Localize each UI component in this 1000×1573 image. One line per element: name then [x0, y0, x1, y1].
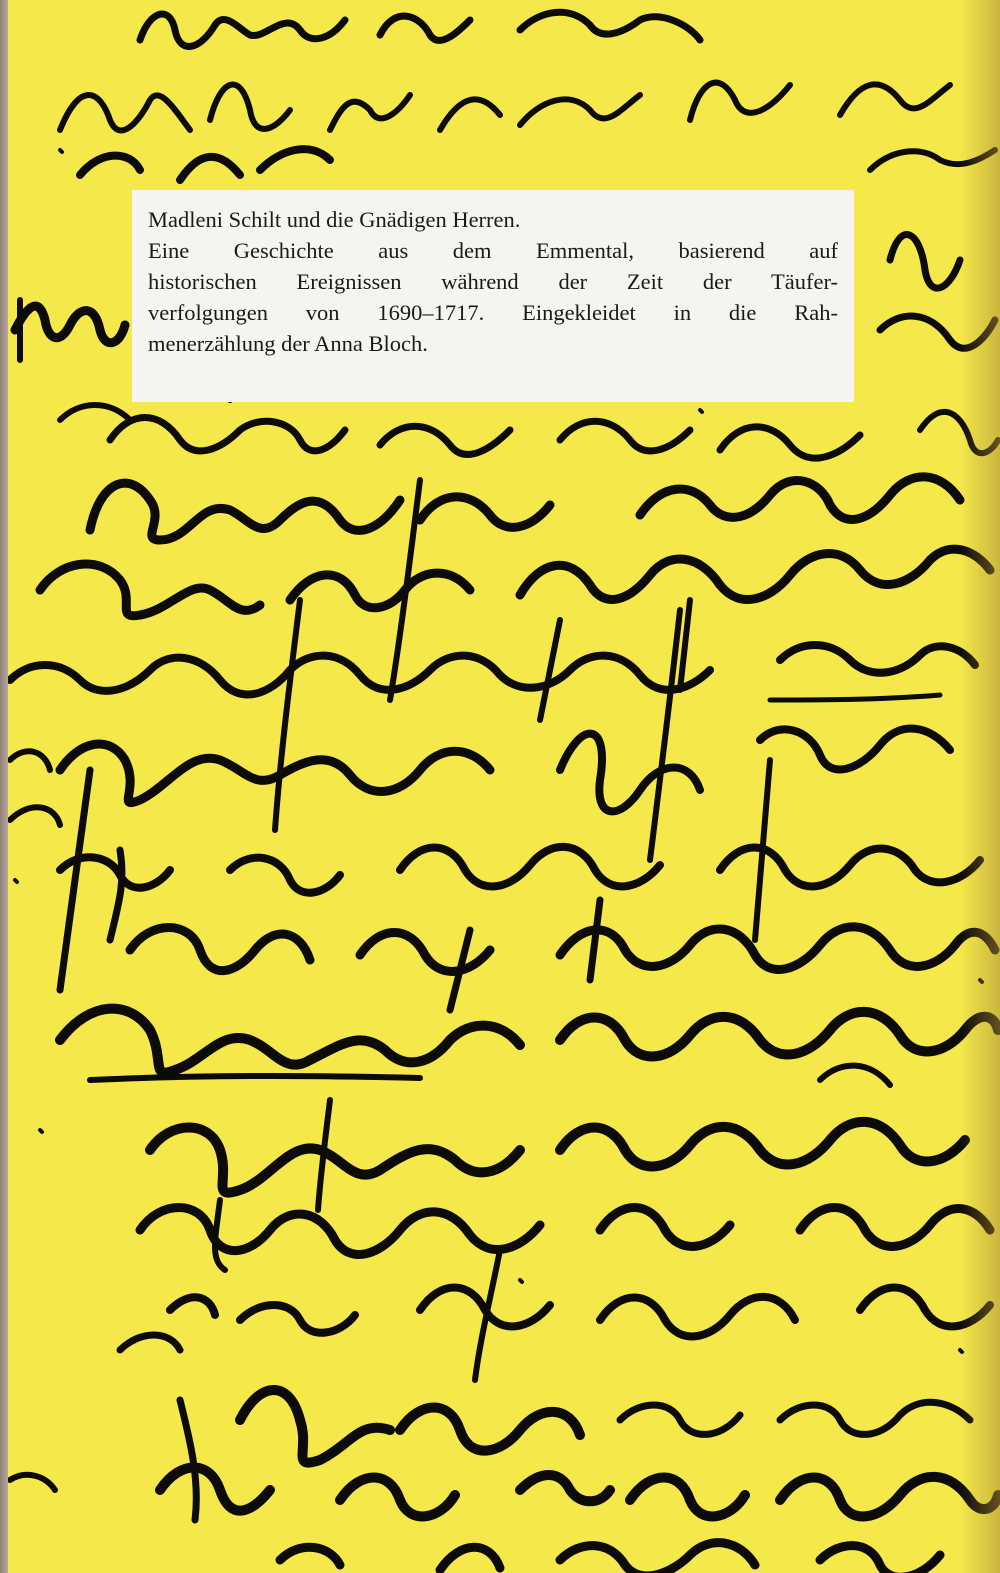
cover-left-edge: [0, 0, 8, 1573]
cover-spine-shade: [960, 0, 1000, 1573]
blurb-line-2: historischen Ereignissen während der Zei…: [148, 266, 838, 297]
blurb-line-3: verfolgungen von 1690–1717. Eingekleidet…: [148, 297, 838, 328]
book-title: Madleni Schilt und die Gnädigen Herren.: [148, 204, 838, 235]
blurb-line-1: Eine Geschichte aus dem Emmental, basier…: [148, 235, 838, 266]
blurb-text-box: Madleni Schilt und die Gnädigen Herren. …: [132, 190, 854, 402]
blurb-line-4: menerzählung der Anna Bloch.: [148, 328, 838, 359]
book-back-cover: Madleni Schilt und die Gnädigen Herren. …: [0, 0, 1000, 1573]
